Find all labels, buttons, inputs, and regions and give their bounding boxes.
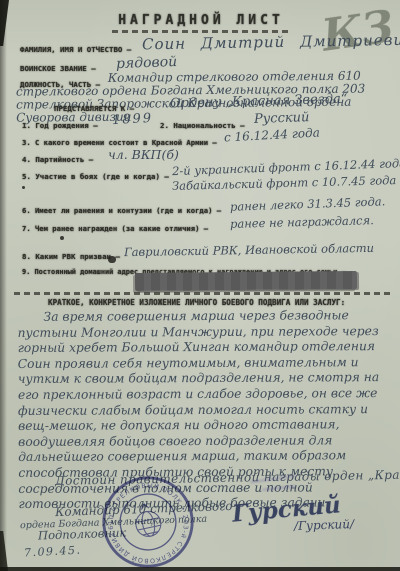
field-birthyear-value: 1899 (112, 111, 154, 128)
field-wounds-label: 6. Имеет ли ранения и контузии (где и ко… (22, 206, 221, 215)
field-party-value: чл. ВКП(б) (108, 147, 179, 162)
ink-blot (108, 256, 116, 263)
scanned-award-document: НАГРАДНОЙ ЛИСТ КЗ ФАМИЛИЯ, ИМЯ И ОТЧЕСТВ… (0, 0, 400, 571)
field-party-label: 4. Партийность — (22, 155, 93, 164)
section-separator (14, 292, 390, 295)
stamp-ring-text: 610 СТРЕЛКОВЫЙ ПОЛК • 203-й СТРЕЛКОВОЙ Д… (91, 465, 196, 571)
field-drafted-by-label: 8. Каким РВК призван — (22, 252, 120, 261)
signature-date: 7.09.45. (24, 544, 82, 560)
document-title: НАГРАДНОЙ ЛИСТ (113, 13, 289, 28)
citation-header: КРАТКОЕ, КОНКРЕТНОЕ ИЗЛОЖЕНИЕ ЛИЧНОГО БО… (48, 298, 345, 307)
stamp-seal-graphic: 610 СТРЕЛКОВЫЙ ПОЛК • 203-й СТРЕЛКОВОЙ Д… (91, 465, 205, 571)
stamp-emblem (132, 502, 163, 539)
field-combat-label: 5. Участие в боях (где и когда) — (22, 172, 169, 181)
field-service-since-label: 3. С какого времени состоит в Красной Ар… (22, 138, 217, 147)
svg-text:610 СТРЕЛКОВЫЙ ПОЛК • 203-й СТ: 610 СТРЕЛКОВЫЙ ПОЛК • 203-й СТРЕЛКОВОЙ Д… (91, 465, 196, 571)
stamp-seal: 610 СТРЕЛКОВЫЙ ПОЛК • 203-й СТРЕЛКОВОЙ Д… (91, 465, 205, 571)
signature-transcript: /Гурский/ (294, 517, 354, 533)
ink-blot (60, 236, 64, 240)
field-prior-awards-value: ранее не награждался. (230, 213, 374, 231)
field-prior-awards-label: 7. Чем ранее награжден (за какие отличия… (22, 224, 208, 233)
field-surname-label: ФАМИЛИЯ, ИМЯ И ОТЧЕСТВО — (20, 45, 131, 54)
scan-edge-bottom (0, 567, 400, 571)
field-nationality-label: 2. Национальность — (160, 121, 245, 130)
scan-edge-left (0, 0, 7, 571)
field-wounds-value: ранен легко 31.3.45 года. (230, 194, 386, 213)
ink-blot (22, 186, 25, 189)
field-drafted-by-value: Гавриловский РВК, Ивановской области (124, 241, 374, 259)
field-birthyear-label: 1. Год рождения — (22, 121, 98, 130)
field-nationality-value: Русский (254, 110, 310, 127)
redaction-bar (135, 271, 357, 291)
